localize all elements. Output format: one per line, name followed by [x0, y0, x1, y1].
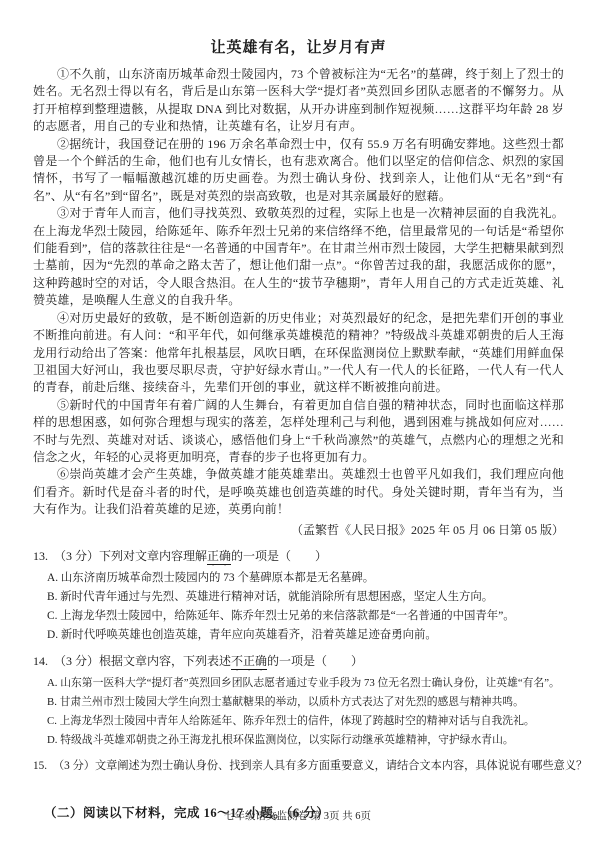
- question-14-stem-pre: 根据文章内容，下列表述: [99, 654, 231, 668]
- question-14-option-b: B. 甘肃兰州市烈士陵园大学生向烈士墓献糖果的举动，以质朴方式表达了对先烈的感恩…: [47, 693, 564, 712]
- article-paragraph-4: ④对历史最好的致敬，是不断创造新的历史伟业；对英烈最好的纪念，是把先辈们开创的事…: [33, 310, 564, 397]
- question-13-stem: 13.（3 分）下列对文章内容理解正确的一项是（ ）: [33, 547, 564, 569]
- question-13-stem-post: 的一项是（ ）: [231, 549, 327, 563]
- question-13-stem-pre: 下列对文章内容理解: [99, 549, 207, 563]
- question-15-stem: 15.（3 分）文章阐述为烈士确认身份、找到亲人具有多方面重要意义，请结合文本内…: [33, 757, 564, 776]
- question-13-option-b: B. 新时代青年通过与先烈、英雄进行精神对话，就能消除所有思想困惑，坚定人生方向…: [47, 588, 564, 607]
- article-paragraph-6: ⑥崇尚英雄才会产生英雄，争做英雄才能英雄辈出。英雄烈士也曾平凡如我们，我们理应向…: [33, 466, 564, 518]
- question-14: 14.（3 分）根据文章内容，下列表述不正确的一项是（ ） A. 山东第一医科大…: [33, 652, 564, 750]
- page-footer: 七年级语文监测卷 第 3页 共 6页: [0, 808, 595, 823]
- question-13-option-d: D. 新时代呼唤英雄也创造英雄，青年应向英雄看齐，沿着英雄足迹奋勇向前。: [47, 626, 564, 645]
- article-paragraph-1: ①不久前，山东济南历城革命烈士陵园内，73 个曾被标注为“无名”的墓碑，终于刻上…: [33, 66, 564, 136]
- question-15-text: 文章阐述为烈士确认身份、找到亲人具有多方面重要意义，请结合文本内容，具体说说有哪…: [95, 760, 587, 772]
- article-paragraph-2: ②据统计，我国登记在册的 196 万余名革命烈士中，仅有 55.9 万名有明确安…: [33, 136, 564, 206]
- question-15-score: （3 分）: [53, 760, 95, 772]
- question-13-options: A. 山东济南历城革命烈士陵园内的 73 个墓碑原本都是无名墓碑。 B. 新时代…: [47, 569, 564, 645]
- question-13: 13.（3 分）下列对文章内容理解正确的一项是（ ） A. 山东济南历城革命烈士…: [33, 547, 564, 645]
- article-citation: （孟繁哲《人民日报》2025 年 05 月 06 日第 05 版）: [33, 521, 564, 540]
- question-15-number: 15.: [33, 760, 47, 772]
- question-15: 15.（3 分）文章阐述为烈士确认身份、找到亲人具有多方面重要意义，请结合文本内…: [33, 757, 564, 776]
- question-14-stem: 14.（3 分）根据文章内容，下列表述不正确的一项是（ ）: [33, 652, 564, 674]
- question-13-score: （3 分）: [54, 549, 99, 563]
- exam-paper-page: 让英雄有名，让岁月有声 ①不久前，山东济南历城革命烈士陵园内，73 个曾被标注为…: [0, 0, 595, 850]
- question-14-option-d: D. 特级战斗英雄邓朝贵之孙王海龙扎根环保监测岗位，以实际行动继承英雄精神，守护…: [47, 731, 564, 750]
- article-paragraph-5: ⑤新时代的中国青年有着广阔的人生舞台，有着更加自信自强的精神状态，同时也面临这样…: [33, 397, 564, 467]
- question-14-stem-emphasis: 不正确: [231, 654, 267, 670]
- question-13-option-c: C. 上海龙华烈士陵园中，给陈延年、陈乔年烈士兄弟的来信落款都是“一名普通的中国…: [47, 607, 564, 626]
- question-13-option-a: A. 山东济南历城革命烈士陵园内的 73 个墓碑原本都是无名墓碑。: [47, 569, 564, 588]
- question-14-options: A. 山东第一医科大学“提灯者”英烈回乡团队志愿者通过专业手段为 73 位无名烈…: [47, 674, 564, 750]
- article-paragraph-3: ③对于青年人而言，他们寻找英烈、致敬英烈的过程，实际上也是一次精神层面的自我洗礼…: [33, 205, 564, 309]
- question-14-stem-post: 的一项是（ ）: [267, 654, 363, 668]
- question-14-option-c: C. 上海龙华烈士陵园中青年人给陈延年、陈乔年烈士的信件，体现了跨越时空的精神对…: [47, 712, 564, 731]
- article-title: 让英雄有名，让岁月有声: [33, 36, 564, 57]
- question-14-score: （3 分）: [54, 654, 99, 668]
- question-14-number: 14.: [33, 654, 48, 668]
- question-13-stem-emphasis: 正确: [207, 549, 231, 565]
- question-13-number: 13.: [33, 549, 48, 563]
- question-14-option-a: A. 山东第一医科大学“提灯者”英烈回乡团队志愿者通过专业手段为 73 位无名烈…: [47, 674, 564, 693]
- page-content: 让英雄有名，让岁月有声 ①不久前，山东济南历城革命烈士陵园内，73 个曾被标注为…: [33, 36, 564, 821]
